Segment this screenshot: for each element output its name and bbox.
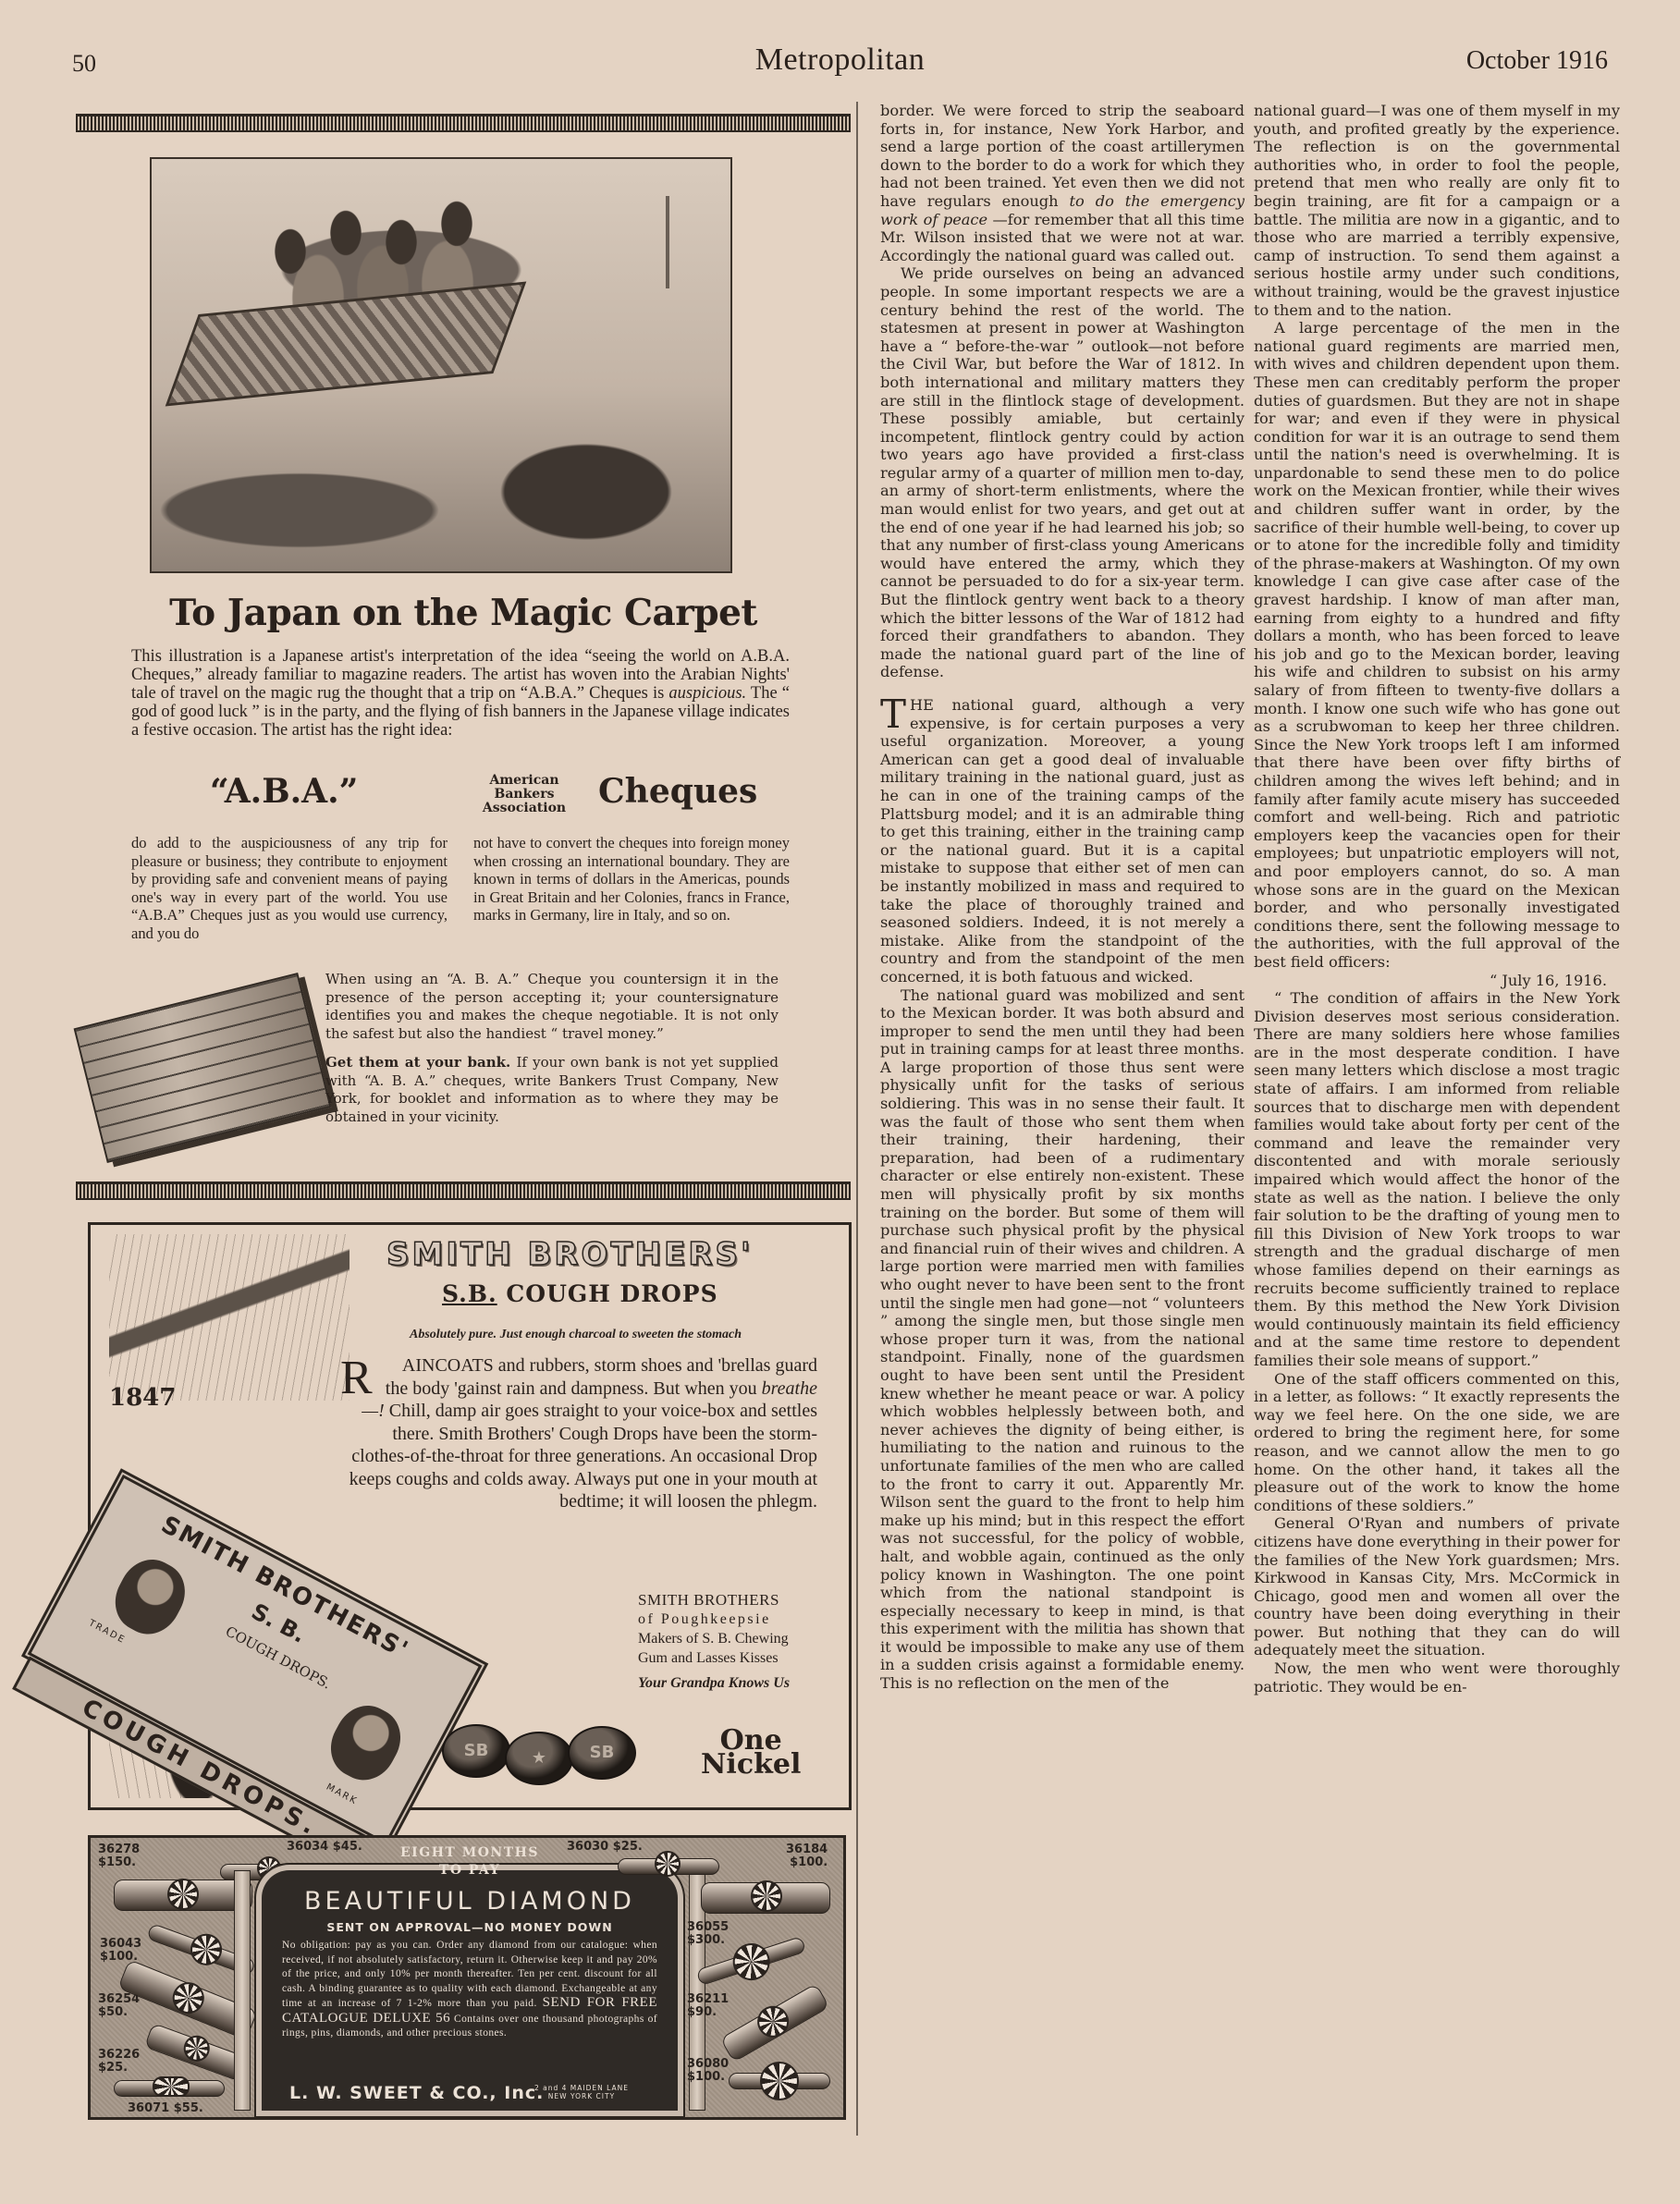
ring-price: $55. xyxy=(174,2101,203,2115)
article-paragraph: THE national guard, although a very expe… xyxy=(880,696,1245,986)
aba-brand-mark: “A.B.A.” xyxy=(210,772,358,811)
ring-price: $100. xyxy=(790,1855,828,1869)
article-dropcap: T xyxy=(880,698,906,731)
article-column-2: national guard—I was one of them myself … xyxy=(1254,102,1620,1696)
aba-cheques-advertisement: To Japan on the Magic Carpet This illust… xyxy=(76,139,851,1174)
artist-seal-icon xyxy=(666,196,703,288)
magazine-page: 50 Metropolitan October 1916 To Japan on… xyxy=(0,0,1680,2204)
subtitle-rest: COUGH DROPS xyxy=(497,1280,718,1307)
column-divider xyxy=(856,102,858,2136)
ring-code: 36278 xyxy=(98,1843,140,1856)
ring-label: 36226$25. xyxy=(98,2049,140,2075)
article-paragraph: The national guard was mobilized and sen… xyxy=(880,986,1245,1693)
article-paragraph: A large percentage of the men in the nat… xyxy=(1254,319,1620,971)
box-brand: SMITH BROTHERS' xyxy=(156,1511,413,1665)
aba-bottom-copy: When using an “A. B. A.” Cheque you coun… xyxy=(325,971,779,1126)
assoc-line-3: Association xyxy=(483,801,566,815)
ring-code: 36226 xyxy=(98,2048,140,2062)
smith-city: of Poughkeepsie xyxy=(638,1610,823,1629)
cheque-book-icon xyxy=(74,973,332,1163)
article-paragraph: General O'Ryan and numbers of private ci… xyxy=(1254,1514,1620,1659)
approval-subtitle: SENT ON APPROVAL—NO MONEY DOWN xyxy=(262,1920,678,1934)
article-paragraph: We pride ourselves on being an advanced … xyxy=(880,264,1245,681)
smith-makers-1: Makers of S. B. Chewing xyxy=(638,1629,823,1648)
beautiful-diamond-title: BEAUTIFUL DIAMOND xyxy=(262,1887,678,1916)
japanese-magic-carpet-illustration-icon xyxy=(150,157,732,573)
countersign-paragraph: When using an “A. B. A.” Cheque you coun… xyxy=(325,971,779,1043)
smith-body-copy: RAINCOATS and rubbers, storm shoes and '… xyxy=(340,1354,817,1513)
smith-brothers-advertisement: 1847 1916 SMITH BROTHERS' S. B. COUGH DR… xyxy=(88,1222,852,1810)
aba-body-left: do add to the auspiciousness of any trip… xyxy=(131,834,448,942)
mark-portrait-icon xyxy=(320,1695,411,1790)
smith-tagline: Absolutely pure. Just enough charcoal to… xyxy=(410,1328,742,1342)
letter-dateline: “ July 16, 1916. xyxy=(1254,972,1620,990)
ring-code: 36184 xyxy=(786,1843,828,1856)
sweet-company-address: 2 and 4 MAIDEN LANE NEW YORK CITY xyxy=(534,2084,629,2100)
smith-body-2: Chill, damp air goes straight to your vo… xyxy=(349,1401,817,1512)
ring-icon xyxy=(701,1875,830,1921)
smith-makers-2: Gum and Lasses Kisses xyxy=(638,1648,823,1668)
aba-body-columns: do add to the auspiciousness of any trip… xyxy=(131,834,797,942)
sweet-company-name: L. W. SWEET & CO., Inc. xyxy=(289,2083,544,2103)
ring-icon xyxy=(114,2076,225,2100)
get-them-lead: Get them at your bank. xyxy=(325,1054,510,1071)
smith-slogan: Your Grandpa Knows Us xyxy=(638,1673,823,1693)
ring-price: $25. xyxy=(98,2061,128,2075)
smith-company: SMITH BROTHERS xyxy=(638,1590,823,1610)
aba-ad-intro: This illustration is a Japanese artist's… xyxy=(131,647,790,740)
subtitle-sb: S.B. xyxy=(442,1280,497,1307)
ring-price: $90. xyxy=(687,2005,717,2019)
smith-dropcap: R xyxy=(340,1358,373,1399)
ring-price: $300. xyxy=(687,1933,725,1947)
man-shoveling-snow-illustration-icon xyxy=(109,1234,349,1401)
aba-brand-lockup: “A.B.A.” American Bankers Association Ch… xyxy=(210,772,765,827)
ring-label: 36055$300. xyxy=(687,1921,729,1947)
assoc-line-1: American xyxy=(489,773,558,788)
smith-subtitle: S.B. COUGH DROPS xyxy=(442,1280,718,1307)
box-mark-label: MARK xyxy=(325,1782,360,1807)
ring-code: 36080 xyxy=(687,2057,729,2071)
column-pillar-icon xyxy=(234,1870,251,2111)
get-them-paragraph: Get them at your bank. If your own bank … xyxy=(325,1054,779,1126)
intro-italic: auspicious. xyxy=(668,684,746,703)
ring-label: 36184$100. xyxy=(786,1843,828,1869)
article-paragraph: national guard—I was one of them myself … xyxy=(1254,102,1620,319)
ring-code: 36030 xyxy=(567,1840,608,1854)
issue-date: October 1916 xyxy=(1466,46,1608,76)
year-1847-label: 1847 xyxy=(109,1384,176,1412)
running-head: 50 Metropolitan October 1916 xyxy=(0,43,1680,80)
smith-brothers-title: SMITH BROTHERS' xyxy=(386,1236,753,1273)
ring-code: 36055 xyxy=(687,1920,729,1934)
ring-price: $50. xyxy=(98,2005,128,2019)
address-line-2: NEW YORK CITY xyxy=(534,2092,629,2100)
aba-cheques-word: Cheques xyxy=(598,772,757,811)
diamond-terms: No obligation: pay as you can. Order any… xyxy=(282,1939,657,2041)
decorative-rule-bottom xyxy=(76,1182,851,1200)
cough-drop-sb-icon: SB xyxy=(442,1724,510,1778)
quoted-letter: “ The condition of affairs in the New Yo… xyxy=(1254,989,1620,1369)
ring-label: 36071 $55. xyxy=(128,2102,203,2115)
decorative-rule-top xyxy=(76,114,851,132)
aba-ad-heading: To Japan on the Magic Carpet xyxy=(76,592,851,634)
cough-drop-sb-icon: SB xyxy=(568,1726,636,1780)
ring-price: $100. xyxy=(687,2070,725,2084)
one-nickel-price: One Nickel xyxy=(701,1729,801,1777)
paragraph-text: HE national guard, although a very expen… xyxy=(880,696,1245,986)
ring-icon xyxy=(729,2058,830,2104)
diamond-advertisement: 36278$150. 36034 $45. 36043$100. 36254$5… xyxy=(88,1835,846,2120)
eight-months-line-2: TO PAY xyxy=(262,1862,678,1880)
ring-label: 36080$100. xyxy=(687,2058,729,2084)
ring-code: 36211 xyxy=(687,1992,729,2006)
ring-code: 36071 xyxy=(128,2101,169,2115)
diamond-offer-panel: EIGHT MONTHS TO PAY BEAUTIFUL DIAMOND SE… xyxy=(262,1870,678,2111)
magic-carpet-icon xyxy=(166,282,527,407)
aba-association-name: American Bankers Association xyxy=(460,774,589,815)
cough-drop-box-icon: SMITH BROTHERS' S. B. COUGH DROPS. TRADE… xyxy=(28,1475,483,1845)
smith-body-1: AINCOATS and rubbers, storm shoes and 'b… xyxy=(386,1355,817,1399)
ring-label: 36211$90. xyxy=(687,1993,729,2019)
magazine-title: Metropolitan xyxy=(0,43,1680,78)
cough-drop-star-icon: ★ xyxy=(505,1732,573,1785)
trade-portrait-icon xyxy=(104,1549,196,1645)
cough-drops-icon: SB ★ SB xyxy=(442,1706,682,1798)
price-line-2: Nickel xyxy=(701,1753,801,1777)
address-line-1: 2 and 4 MAIDEN LANE xyxy=(534,2084,629,2092)
assoc-line-2: Bankers xyxy=(495,787,555,802)
box-trade-label: TRADE xyxy=(87,1618,128,1646)
ring-code: 36043 xyxy=(100,1937,141,1951)
article-column-1: border. We were forced to strip the seab… xyxy=(880,102,1245,1693)
article-paragraph: border. We were forced to strip the seab… xyxy=(880,102,1245,264)
aba-body-right: not have to convert the cheques into for… xyxy=(473,834,790,942)
article-paragraph: One of the staff officers commented on t… xyxy=(1254,1370,1620,1515)
smith-signature: SMITH BROTHERS of Poughkeepsie Makers of… xyxy=(638,1590,823,1693)
article-paragraph: Now, the men who went were thoroughly pa… xyxy=(1254,1659,1620,1696)
